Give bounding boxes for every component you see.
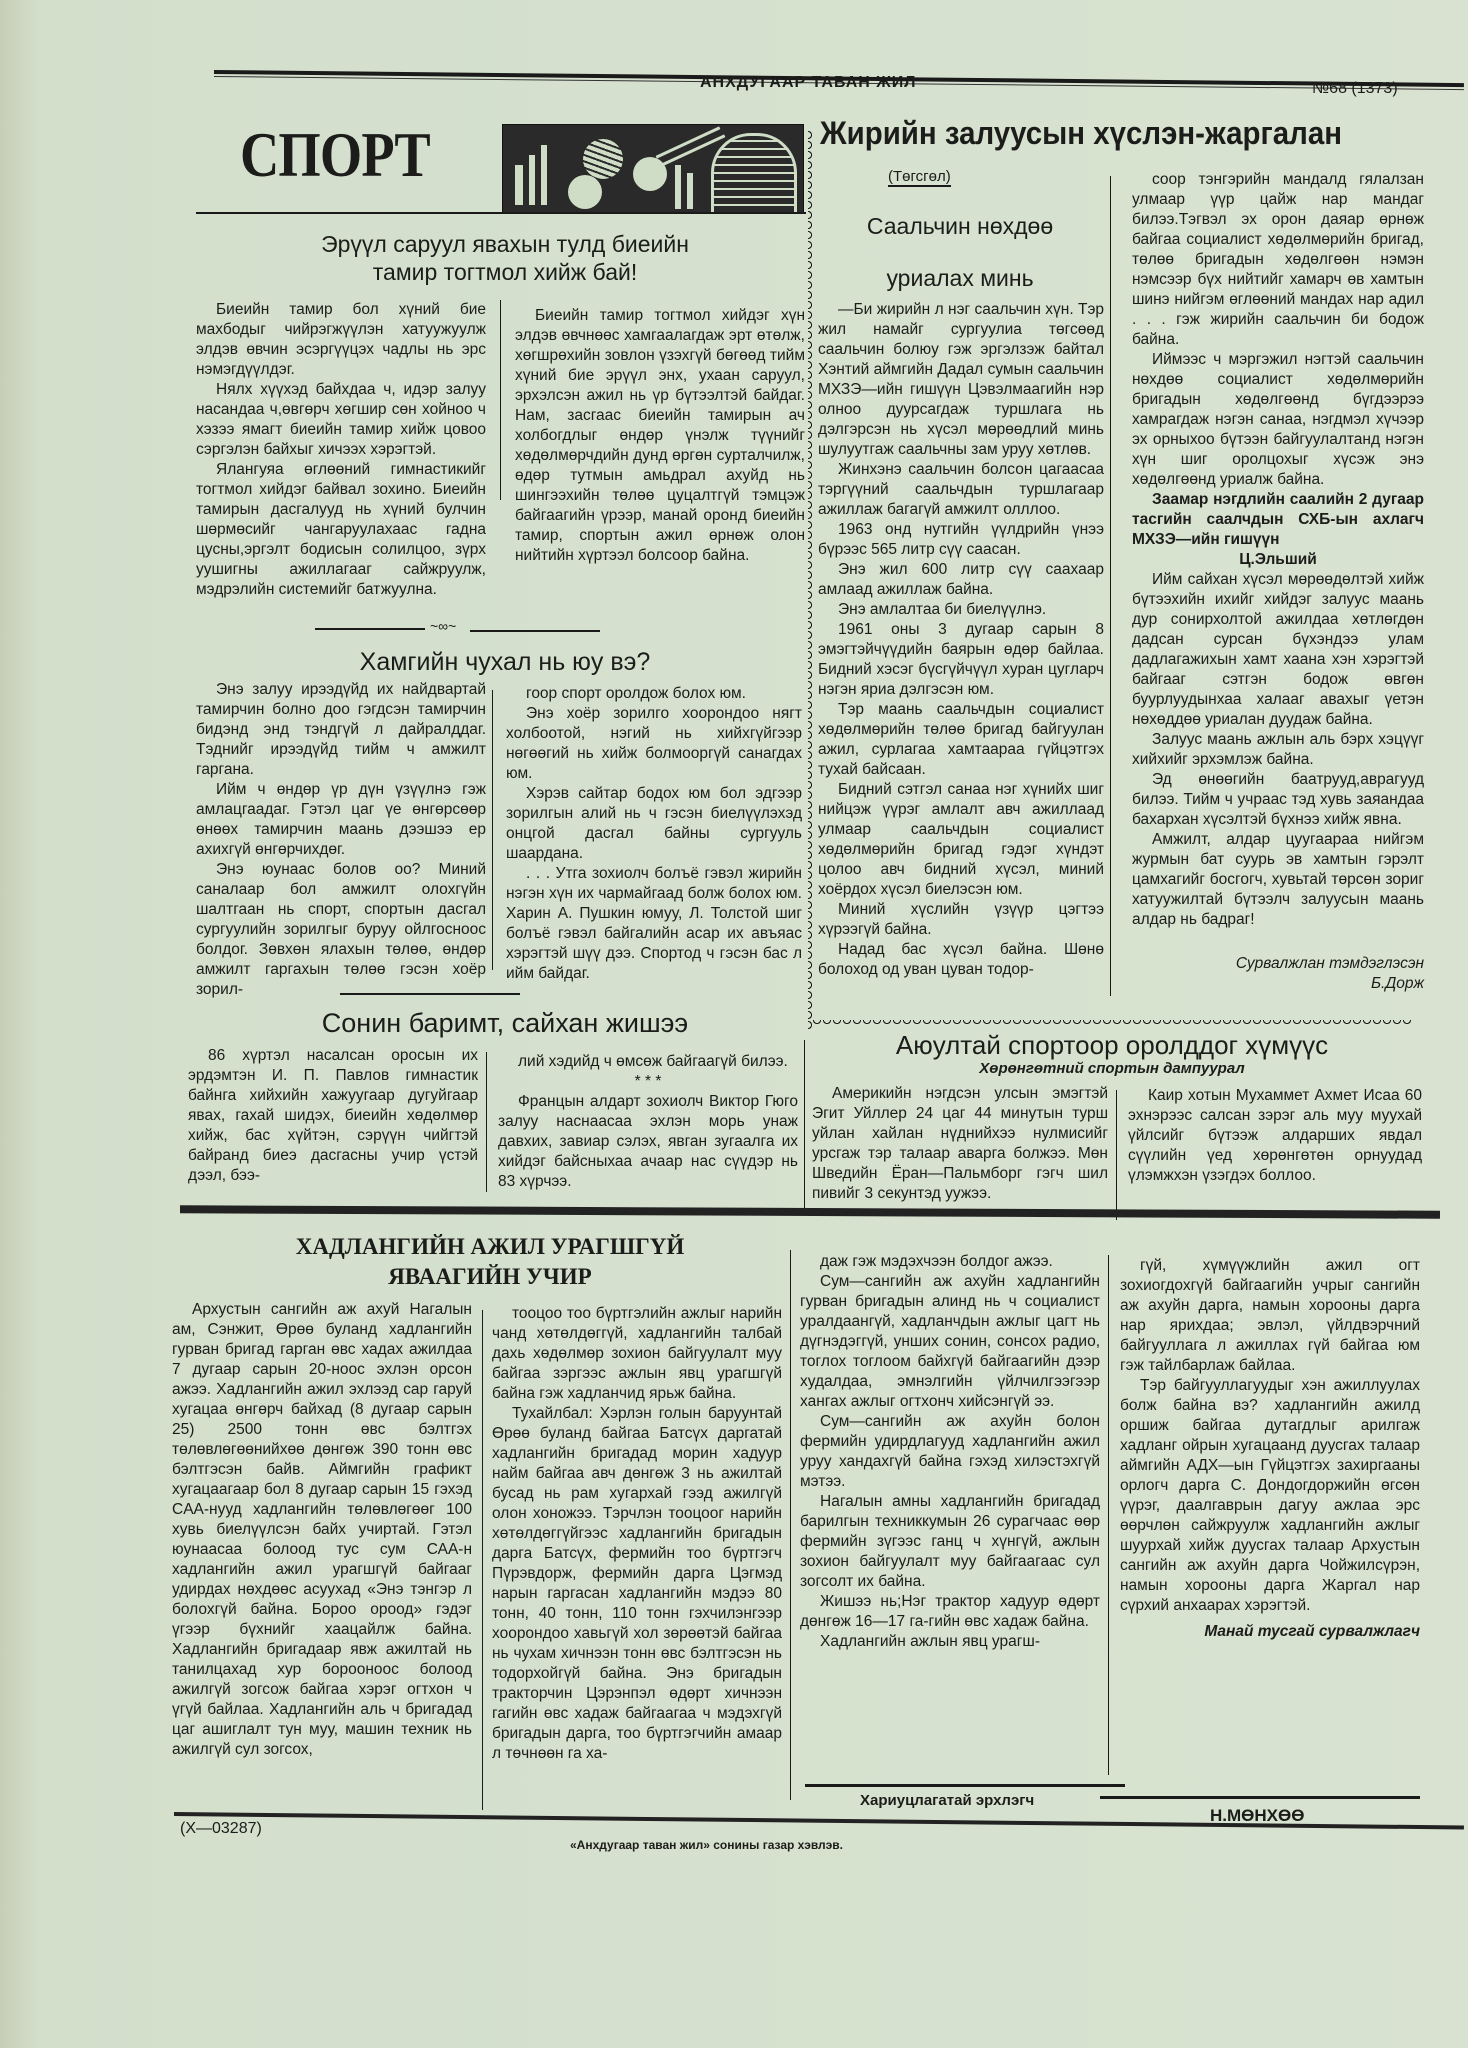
article4-subheadline: Саальчин нөхдөө уриалах минь	[830, 200, 1090, 304]
article1-headline-line2: тамир тогтмол хийж бай!	[200, 258, 810, 286]
article1-column2: Биеийн тамир тогтмол хийдэг хүн элдэв өв…	[515, 306, 805, 566]
paragraph: . . . Утга зохиолч болъё гэвэл жирийн нэ…	[506, 864, 802, 984]
article3-headline: Сонин баримт, сайхан жишээ	[200, 1008, 810, 1039]
article2-headline: Хамгийн чухал нь юу вэ?	[200, 648, 810, 677]
paragraph: тооцоо тоо бүртгэлийн ажлыг нарийн чанд …	[492, 1304, 782, 1404]
column-divider	[482, 1310, 483, 1810]
ornament-rule-left	[315, 628, 425, 630]
column-divider	[1116, 1090, 1117, 1220]
article2-column1: Энэ залуу ирээдүйд их найдвартай тамирчи…	[196, 680, 486, 1000]
column-divider	[1108, 1255, 1109, 1775]
article1-headline: Эрүүл саруул явахын тулд биеийн тамир то…	[200, 230, 810, 286]
sport-illustration-image	[502, 124, 804, 214]
article5-column1: Америкийн нэгдсэн улсын эмэгтэй Эгит Уйл…	[812, 1084, 1108, 1204]
article1-column1: Биеийн тамир бол хүний бие махбодыг чийр…	[196, 300, 486, 600]
byline-label: Сурвалжлан тэмдэглэсэн	[1132, 954, 1424, 974]
article6-headline-line1: ХАДЛАНГИЙН АЖИЛ УРАГШГҮЙ	[190, 1232, 790, 1262]
paragraph: Энэ амлалтаа би биелүүлнэ.	[818, 600, 1104, 620]
paragraph: даж гэж мэдэхчээн болдог ажээ.	[800, 1252, 1100, 1272]
paragraph: Хадлангийн ажлын явц урагш-	[800, 1632, 1100, 1652]
column-divider	[486, 1052, 487, 1192]
editor-rule	[1100, 1796, 1420, 1799]
wavy-section-divider	[812, 1020, 1412, 1030]
section-rule	[340, 993, 520, 995]
column-divider	[1110, 176, 1111, 996]
heavy-section-rule	[180, 1205, 1440, 1218]
paragraph: 86 хүртэл насалсан оросын их эрдэмтэн И.…	[188, 1046, 478, 1186]
paragraph: Ийм сайхан хүсэл мөрөөдөлтэй хийж бүтээх…	[1132, 570, 1424, 730]
paragraph: Залуус маань ажлын аль бэрх хэцүүг хийхи…	[1132, 730, 1424, 770]
paragraph: Каир хотын Мухаммет Ахмет Исаа 60 эхнэрэ…	[1128, 1086, 1422, 1186]
paragraph: Энэ хоёр зорилго хоорондоо нягт холбоото…	[506, 704, 802, 784]
paragraph: Иймээс ч мэргэжил нэгтэй саальчин нөхдөө…	[1132, 350, 1424, 490]
paragraph: * * *	[498, 1072, 798, 1092]
paragraph: Жинхэнэ саальчин болсон цагаасаа тэргүүн…	[818, 460, 1104, 520]
paragraph: Тухайлбал: Хэрлэн голын баруунтай Өрөө б…	[492, 1404, 782, 1764]
article2-column2: гоор спорт оролдож болох юм.Энэ хоёр зор…	[506, 684, 802, 984]
paragraph: Эд өнөөгийн баатрууд,аврагууд билээ. Тий…	[1132, 770, 1424, 830]
paragraph: Сум—сангийн аж ахуйн болон фермийн удирд…	[800, 1412, 1100, 1492]
paragraph: гоор спорт оролдож болох юм.	[506, 684, 802, 704]
article6-headline: ХАДЛАНГИЙН АЖИЛ УРАГШГҮЙ ЯВААГИЙН УЧИР	[190, 1232, 790, 1292]
article3-column2: лий хэдийд ч өмсөж байгаагүй билээ.* * *…	[498, 1052, 798, 1192]
author-affiliation: Заамар нэгдлийн саалийн 2 дугаар тасгийн…	[1132, 490, 1424, 550]
paragraph: Хэрэв сайтар бодох юм бол эдгээр зорилгы…	[506, 784, 802, 864]
paragraph: 1961 оны 3 дугаар сарын 8 эмэгтэйчүүдийн…	[818, 620, 1104, 700]
paragraph: —Би жирийн л нэг саальчин хүн. Тэр жил н…	[818, 300, 1104, 460]
printer-notice: «Анхдугаар таван жил» сонины газар хэвлэ…	[570, 1838, 843, 1852]
issue-number: №68 (1373)	[1312, 80, 1398, 98]
paragraph: 1963 онд нутгийн үүлдрийн үнээ бүрээс 56…	[818, 520, 1104, 560]
sport-section-title: СПОРТ	[240, 118, 430, 192]
paragraph: Биеийн тамир тогтмол хийдэг хүн элдэв өв…	[515, 306, 805, 566]
article6-column1: Архустын сангийн аж ахуй Нагалын ам, Сэн…	[172, 1300, 472, 1760]
article6-byline: Манай тусгай сурвалжлагч	[1120, 1622, 1420, 1642]
article5-headline: Аюултай спортоор оролддог хүмүүс	[812, 1030, 1412, 1061]
ornament-rule-right	[470, 630, 600, 632]
continuation-label: (Төгсгөл)	[888, 168, 951, 187]
ornament-icon: ~∞~	[430, 618, 456, 634]
column-divider	[804, 1040, 805, 1210]
paragraph: Миний хүслийн үзүүр цэгтээ хүрээгүй байн…	[818, 900, 1104, 940]
paragraph: Энэ залуу ирээдүйд их найдвартай тамирчи…	[196, 680, 486, 780]
print-code: (X—03287)	[180, 1820, 262, 1838]
article1-headline-line1: Эрүүл саруул явахын тулд биеийн	[200, 230, 810, 258]
paragraph: Ялангуяа өглөөний гимнастикийг тогтмол х…	[196, 460, 486, 600]
paragraph: Архустын сангийн аж ахуй Нагалын ам, Сэн…	[172, 1300, 472, 1760]
section-rule	[196, 212, 806, 214]
paragraph: Тэр байгууллагуудыг хэн ажиллуулах болж …	[1120, 1376, 1420, 1616]
author-name: Ц.Эльший	[1132, 550, 1424, 570]
paragraph: Америкийн нэгдсэн улсын эмэгтэй Эгит Уйл…	[812, 1084, 1108, 1204]
paragraph: лий хэдийд ч өмсөж байгаагүй билээ.	[498, 1052, 798, 1072]
column-divider	[790, 1250, 791, 1800]
article4-subheadline-line1: Саальчин нөхдөө	[830, 200, 1090, 252]
article6-column2: тооцоо тоо бүртгэлийн ажлыг нарийн чанд …	[492, 1304, 782, 1764]
article5-column2: Каир хотын Мухаммет Ахмет Исаа 60 эхнэрэ…	[1128, 1086, 1422, 1186]
paragraph: Тэр маань саальчдын социалист хөдөлмөрий…	[818, 700, 1104, 780]
paragraph: Бидний сэтгэл санаа нэг хүнийх шиг нийцэ…	[818, 780, 1104, 900]
byline-name: Б.Дорж	[1132, 974, 1424, 994]
paragraph: Ийм ч өндөр үр дүн үзүүлнэ гэж амлацгаад…	[196, 780, 486, 860]
paragraph: гүй, хүмүүжлийн ажил огт зохиогдохгүй ба…	[1120, 1256, 1420, 1376]
column-divider	[500, 300, 501, 500]
editor-rule	[805, 1784, 1125, 1787]
article3-column1: 86 хүртэл насалсан оросын их эрдэмтэн И.…	[188, 1046, 478, 1186]
column-divider	[492, 690, 493, 970]
paragraph: Жишээ нь;Нэг трактор хадуур өдөрт дөнгөж…	[800, 1592, 1100, 1632]
paragraph: Энэ юунаас болов оо? Миний саналаар бол …	[196, 860, 486, 1000]
paragraph: Францын алдарт зохиолч Виктор Гюго залуу…	[498, 1092, 798, 1192]
article4-headline: Жирийн залуусын хүслэн-жаргалан	[820, 115, 1409, 152]
paragraph: соор тэнгэрийн мандалд гялалзан улмаар ү…	[1132, 170, 1424, 350]
paragraph: Нагалын амны хадлангийн бригадад барилгы…	[800, 1492, 1100, 1592]
article6-headline-line2: ЯВААГИЙН УЧИР	[190, 1262, 790, 1292]
article5-subheadline: Хөрөнгөтний спортын дампуурал	[812, 1060, 1412, 1077]
paragraph: Сум—сангийн аж ахуйн хадлангийн гурван б…	[800, 1272, 1100, 1412]
paragraph: Амжилт, алдар цуугаараа нийгэм журмын ба…	[1132, 830, 1424, 930]
article4-column2: соор тэнгэрийн мандалд гялалзан улмаар ү…	[1132, 170, 1424, 994]
article6-column4: гүй, хүмүүжлийн ажил огт зохиогдохгүй ба…	[1120, 1256, 1420, 1642]
article4-column1: —Би жирийн л нэг саальчин хүн. Тэр жил н…	[818, 300, 1104, 980]
newspaper-title: АНХДУГААР ТАВАН ЖИЛ	[700, 74, 916, 92]
paragraph: Нялх хүүхэд байхдаа ч, идэр залуу насанд…	[196, 380, 486, 460]
paragraph: Биеийн тамир бол хүний бие махбодыг чийр…	[196, 300, 486, 380]
editor-label: Хариуцлагатай эрхлэгч	[860, 1792, 1034, 1809]
paragraph: Надад бас хүсэл байна. Шөнө болоход од у…	[818, 940, 1104, 980]
article6-column3: даж гэж мэдэхчээн болдог ажээ.Сум—сангий…	[800, 1252, 1100, 1652]
article4-subheadline-line2: уриалах минь	[830, 252, 1090, 304]
paragraph: Энэ жил 600 литр сүү саахаар амлаад ажил…	[818, 560, 1104, 600]
